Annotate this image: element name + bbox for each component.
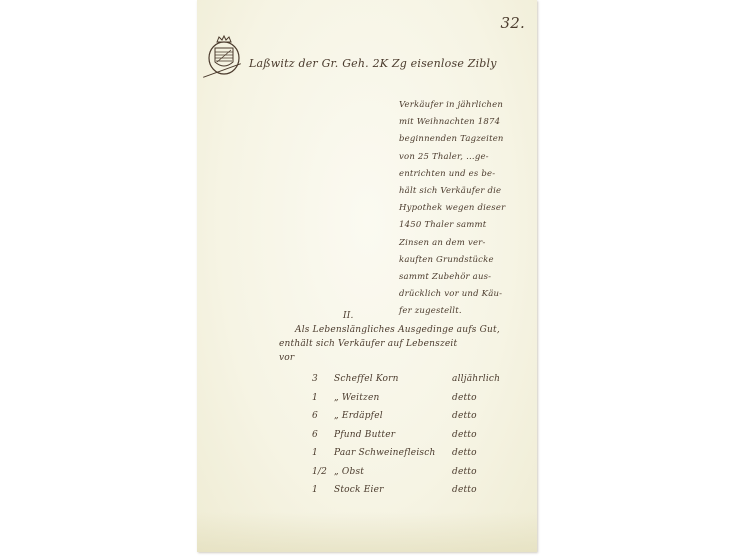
item-qty: 1	[312, 389, 334, 408]
text-line: Hypothek wegen dieser	[399, 200, 505, 217]
list-item: 3 Scheffel Korn alljährlich	[312, 370, 502, 389]
item-note: detto	[452, 426, 502, 445]
text-line: Als Lebenslängliches Ausgedinge aufs Gut…	[295, 323, 500, 337]
item-qty: 1	[312, 444, 334, 463]
text-line: drücklich vor und Käu-	[399, 286, 505, 303]
text-line: von 25 Thaler, ...ge-	[399, 149, 505, 166]
item-note: detto	[452, 444, 502, 463]
text-line: Verkäufer in jährlichen	[399, 97, 505, 114]
text-line: sammt Zubehör aus-	[399, 269, 505, 286]
coat-of-arms-seal-icon	[205, 34, 243, 78]
item-qty: 6	[312, 407, 334, 426]
list-item: 1 Stock Eier detto	[312, 481, 502, 500]
item-desc: Paar Schweinefleisch	[334, 444, 452, 463]
list-item: 6 Pfund Butter detto	[312, 426, 502, 445]
item-note: alljährlich	[452, 370, 502, 389]
item-note: detto	[452, 481, 502, 500]
text-line: fer zugestellt.	[399, 303, 505, 320]
text-line: vor	[279, 351, 500, 365]
right-column-text: Verkäufer in jährlichen mit Weihnachten …	[399, 97, 505, 321]
item-desc: Pfund Butter	[334, 426, 452, 445]
item-qty: 1	[312, 481, 334, 500]
list-item: 6 „ Erdäpfel detto	[312, 407, 502, 426]
section-number: II.	[343, 311, 354, 321]
text-line: beginnenden Tagzeiten	[399, 131, 505, 148]
text-line: mit Weihnachten 1874	[399, 114, 505, 131]
manuscript-page: 32. Laßwitz der Gr. Geh. 2K Zg eisenlose…	[197, 0, 537, 552]
document-heading: Laßwitz der Gr. Geh. 2K Zg eisenlose Zib…	[249, 57, 497, 70]
item-desc: „ Weitzen	[334, 389, 452, 408]
text-line: entrichten und es be-	[399, 166, 505, 183]
text-line: enthält sich Verkäufer auf Lebenszeit	[279, 337, 500, 351]
list-item: 1/2 „ Obst detto	[312, 463, 502, 482]
item-note: detto	[452, 407, 502, 426]
item-desc: „ Erdäpfel	[334, 407, 452, 426]
item-list: 3 Scheffel Korn alljährlich 1 „ Weitzen …	[312, 370, 502, 500]
item-note: detto	[452, 389, 502, 408]
paragraph: Als Lebenslängliches Ausgedinge aufs Gut…	[295, 323, 500, 365]
folio-number: 32.	[501, 14, 525, 32]
item-note: detto	[452, 463, 502, 482]
item-qty: 3	[312, 370, 334, 389]
item-desc: „ Obst	[334, 463, 452, 482]
item-qty: 6	[312, 426, 334, 445]
item-qty: 1/2	[312, 463, 334, 482]
list-item: 1 Paar Schweinefleisch detto	[312, 444, 502, 463]
text-line: kauften Grundstücke	[399, 252, 505, 269]
list-item: 1 „ Weitzen detto	[312, 389, 502, 408]
text-line: hält sich Verkäufer die	[399, 183, 505, 200]
item-desc: Scheffel Korn	[334, 370, 452, 389]
text-line: Zinsen an dem ver-	[399, 235, 505, 252]
item-desc: Stock Eier	[334, 481, 452, 500]
text-line: 1450 Thaler sammt	[399, 217, 505, 234]
